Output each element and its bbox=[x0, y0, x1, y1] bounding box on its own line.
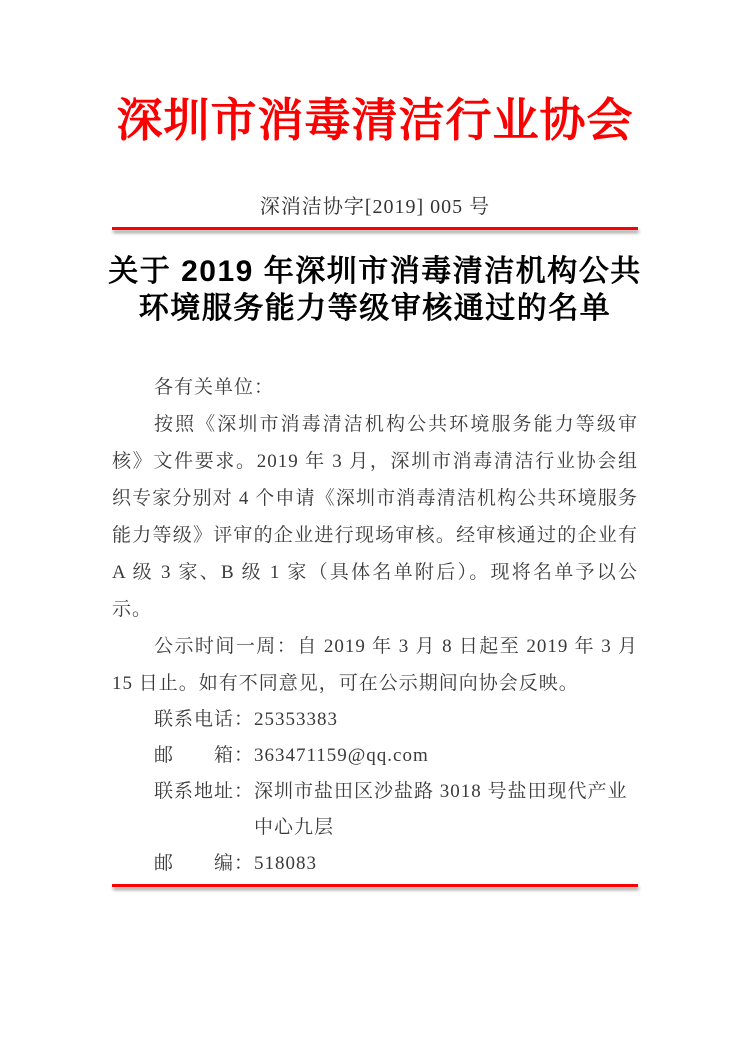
paragraph-review-result: 按照《深圳市消毒清洁机构公共环境服务能力等级审核》文件要求。2019 年 3 月… bbox=[112, 406, 638, 628]
footer-divider-line bbox=[112, 884, 638, 887]
salutation: 各有关单位： bbox=[112, 369, 638, 406]
contact-postcode-value: 518083 bbox=[254, 846, 638, 882]
contact-info: 联系电话： 25353383 邮 箱： 363471159@qq.com 联系地… bbox=[154, 702, 638, 882]
contact-row-phone: 联系电话： 25353383 bbox=[154, 702, 638, 738]
contact-postcode-label: 邮 编： bbox=[154, 846, 254, 882]
org-name-heading: 深圳市消毒清洁行业协会 bbox=[0, 92, 750, 148]
contact-email-label: 邮 箱： bbox=[154, 738, 254, 774]
paragraph-publicity-period: 公示时间一周：自 2019 年 3 月 8 日起至 2019 年 3 月 15 … bbox=[112, 628, 638, 702]
contact-row-email: 邮 箱： 363471159@qq.com bbox=[154, 738, 638, 774]
contact-phone-label: 联系电话： bbox=[154, 702, 254, 738]
contact-row-address: 联系地址： 深圳市盐田区沙盐路 3018 号盐田现代产业 中心九层 bbox=[154, 774, 638, 846]
contact-row-postcode: 邮 编： 518083 bbox=[154, 846, 638, 882]
doc-number: 深消洁协字[2019] 005 号 bbox=[0, 195, 750, 219]
header-divider-line bbox=[112, 227, 638, 230]
document-title: 关于 2019 年深圳市消毒清洁机构公共 环境服务能力等级审核通过的名单 bbox=[0, 253, 750, 327]
document-page: 深圳市消毒清洁行业协会 深消洁协字[2019] 005 号 关于 2019 年深… bbox=[0, 0, 750, 1060]
document-title-line1: 关于 2019 年深圳市消毒清洁机构公共 bbox=[0, 253, 750, 290]
contact-email-value: 363471159@qq.com bbox=[254, 738, 638, 774]
document-body: 各有关单位： 按照《深圳市消毒清洁机构公共环境服务能力等级审核》文件要求。201… bbox=[112, 369, 638, 882]
contact-address-value: 深圳市盐田区沙盐路 3018 号盐田现代产业 中心九层 bbox=[254, 774, 638, 846]
contact-address-label: 联系地址： bbox=[154, 774, 254, 846]
document-title-line2: 环境服务能力等级审核通过的名单 bbox=[0, 290, 750, 327]
contact-phone-value: 25353383 bbox=[254, 702, 638, 738]
